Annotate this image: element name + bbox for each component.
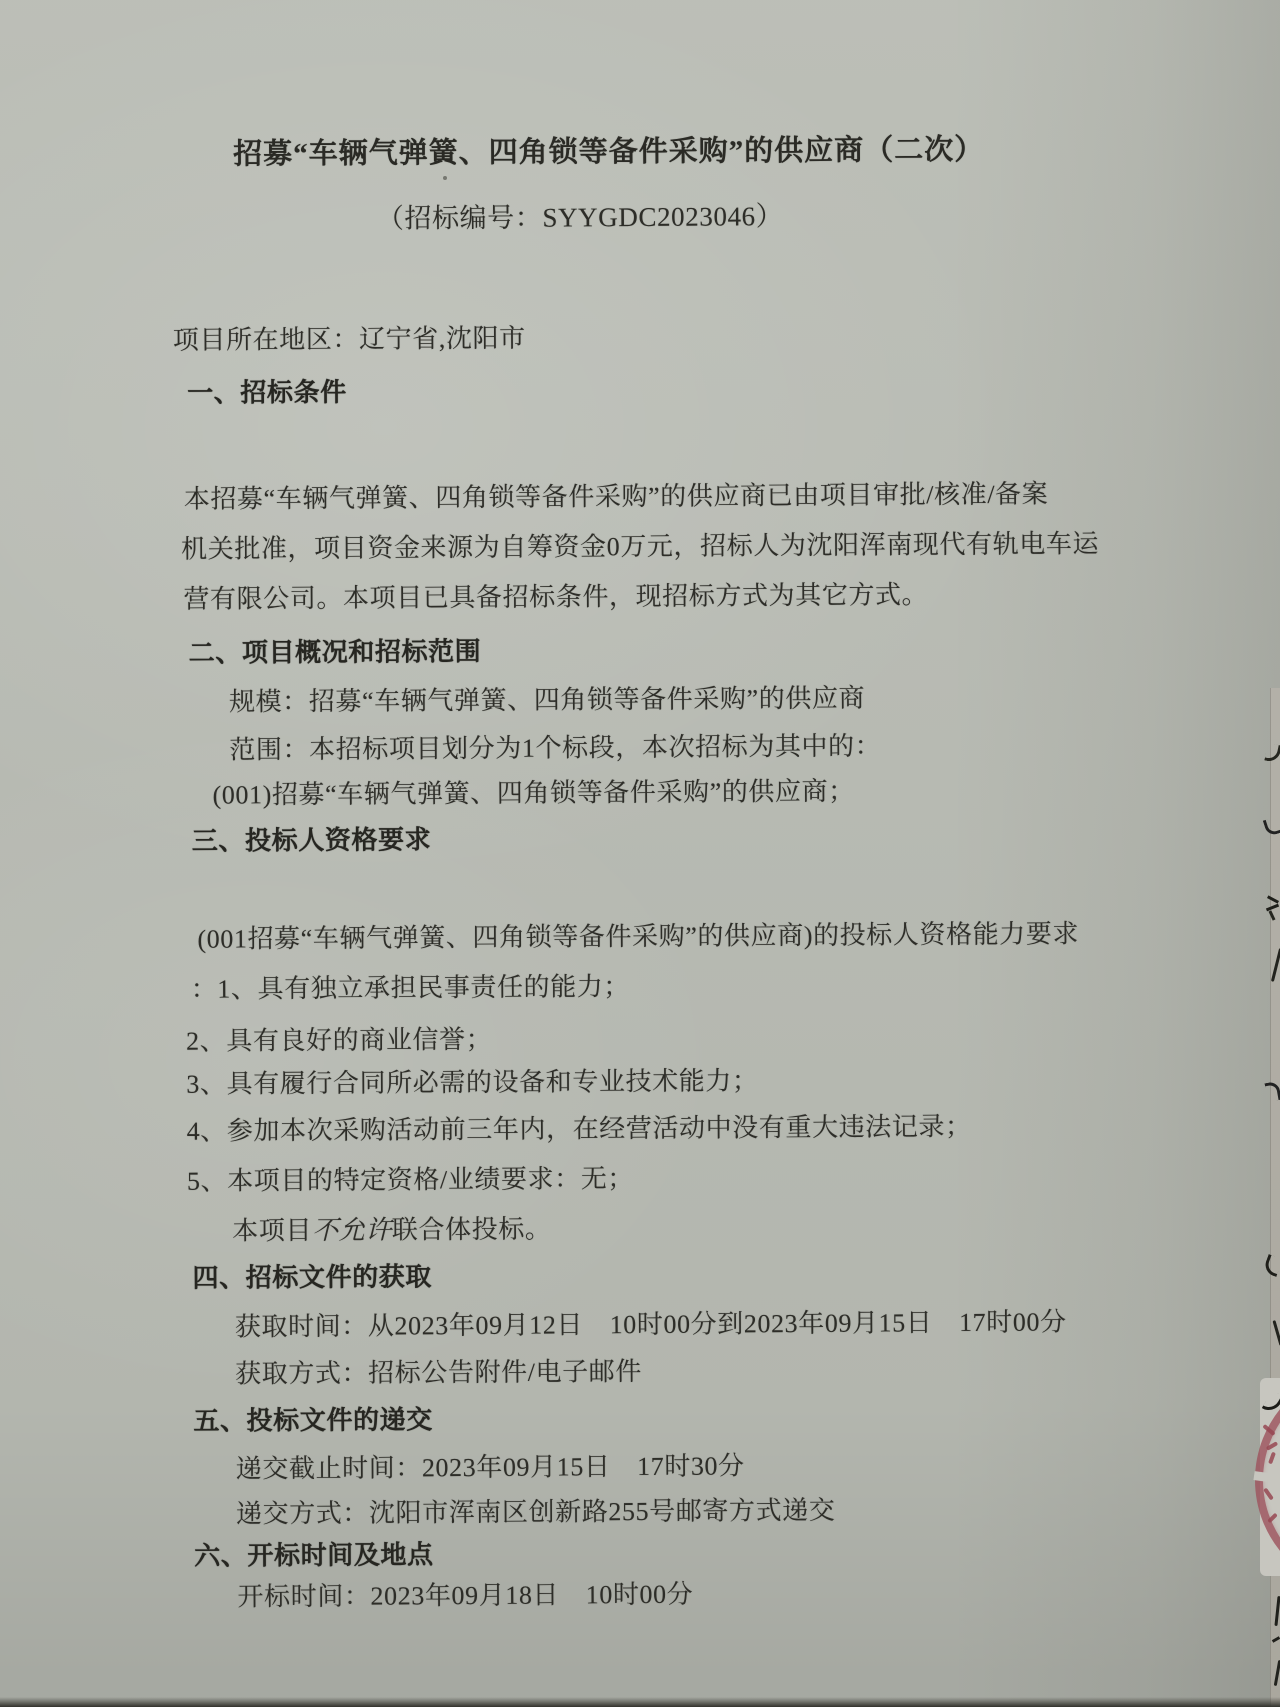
qualification-item-2: 2、具有良好的商业信誉；	[186, 1024, 492, 1058]
condition-paragraph-line-3: 营有限公司。本项目已具备招标条件，现招标方式为其它方式。	[183, 579, 928, 616]
lot-line: (001)招募“车辆气弹簧、四角锁等备件采购”的供应商；	[213, 776, 855, 812]
consortium-text-post: 联合体投标。	[392, 1215, 552, 1245]
section-3-heading: 三、投标人资格要求	[192, 824, 432, 858]
acquisition-method-line: 获取方式：招标公告附件/电子邮件	[235, 1356, 642, 1391]
condition-paragraph-line-2: 机关批准，项目资金来源为自筹资金0万元，招标人为沈阳浑南现代有轨电车运	[181, 528, 1099, 566]
scope-line: 范围：本招标项目划分为1个标段，本次招标为其中的：	[229, 731, 881, 767]
condition-paragraph-line-1: 本招募“车辆气弹簧、四角锁等备件采购”的供应商已由项目审批/核准/备案	[184, 478, 1049, 516]
consortium-text-pre: 本项目	[232, 1216, 312, 1245]
paper-speck	[443, 176, 447, 180]
bid-opening-time-line: 开标时间：2023年09月18日 10时00分	[237, 1579, 693, 1614]
scale-line: 规模：招募“车辆气弹簧、四角锁等备件采购”的供应商	[229, 683, 865, 719]
document-page: 招募“车辆气弹簧、四角锁等备件采购”的供应商（二次） （招标编号：SYYGDC2…	[0, 0, 1280, 1707]
qualification-intro: (001招募“车辆气弹簧、四角锁等备件采购”的供应商)的投标人资格能力要求	[197, 918, 1079, 956]
page-title: 招募“车辆气弹簧、四角锁等备件采购”的供应商（二次）	[0, 130, 1276, 174]
qualification-item-3: 3、具有履行合同所必需的设备和专业技术能力；	[186, 1065, 758, 1101]
section-4-heading: 四、招标文件的获取	[192, 1261, 432, 1295]
project-region: 项目所在地区：辽宁省,沈阳市	[173, 323, 526, 358]
consortium-line: 本项目不允许联合体投标。	[232, 1214, 551, 1248]
document-photo: 招募“车辆气弹簧、四角锁等备件采购”的供应商（二次） （招标编号：SYYGDC2…	[0, 0, 1280, 1707]
qualification-item-5: 5、本项目的特定资格/业绩要求：无；	[187, 1163, 634, 1198]
photo-bottom-edge-shadow	[0, 1697, 1280, 1707]
qualification-item-1: ：1、具有独立承担民事责任的能力；	[191, 971, 630, 1006]
submission-method-line: 递交方式：沈阳市浑南区创新路255号邮寄方式递交	[236, 1495, 836, 1531]
qualification-item-4: 4、参加本次采购活动前三年内，在经营活动中没有重大违法记录；	[187, 1111, 972, 1148]
tender-number: （招标编号：SYYGDC2023046）	[0, 197, 1276, 239]
section-6-heading: 六、开标时间及地点	[194, 1539, 434, 1573]
section-2-heading: 二、项目概况和招标范围	[189, 636, 482, 670]
section-5-heading: 五、投标文件的递交	[193, 1404, 433, 1438]
submission-deadline-line: 递交截止时间：2023年09月15日 17时30分	[236, 1450, 745, 1486]
consortium-emphasis: 不允许	[312, 1216, 392, 1245]
red-seal-gap	[1253, 1471, 1268, 1482]
acquisition-time-line: 获取时间：从2023年09月12日 10时00分到2023年09月15日 17时…	[235, 1306, 1067, 1344]
section-1-heading: 一、招标条件	[187, 377, 347, 410]
